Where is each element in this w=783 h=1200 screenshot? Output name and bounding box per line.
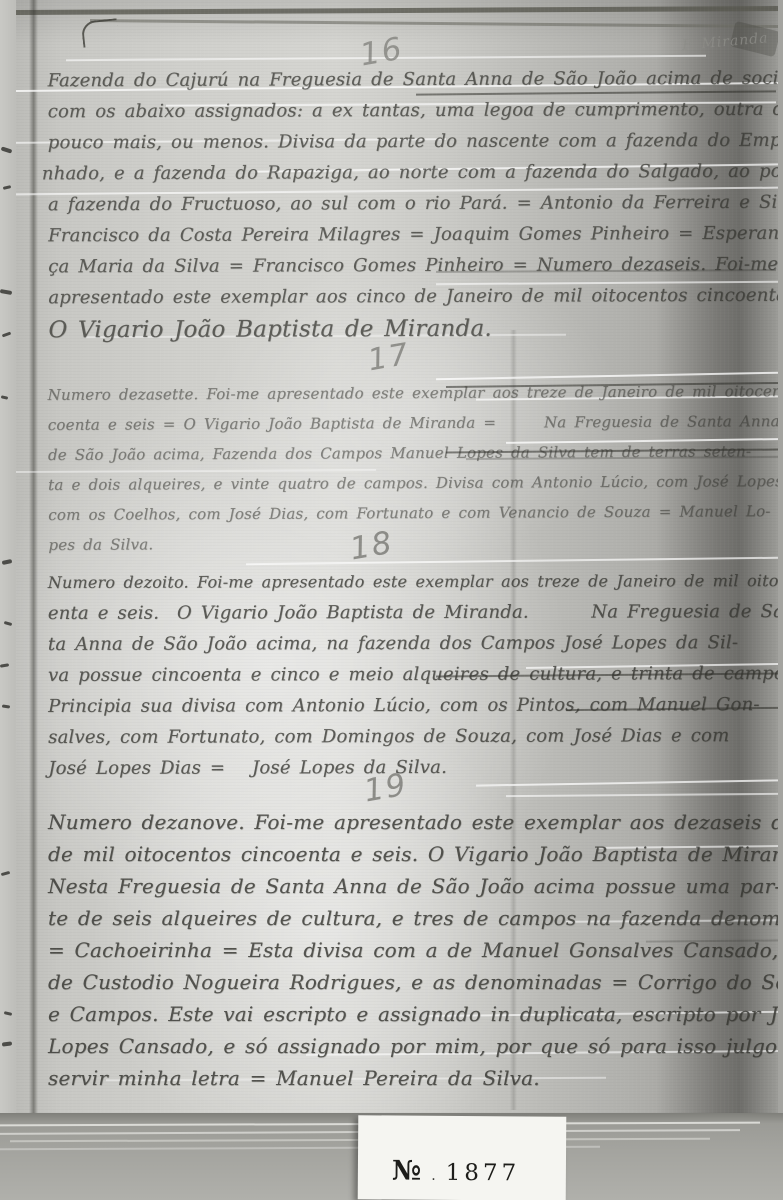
ink-bleed-mark	[0, 663, 9, 668]
ink-bleed-mark	[2, 332, 11, 338]
entry-17: Numero dezasette. Foi-me apresentado est…	[48, 376, 778, 560]
manuscript-line: servir minha letra = Manuel Pereira da S…	[48, 1062, 778, 1094]
manuscript-line: com os Coelhos, com José Dias, com Fortu…	[48, 496, 778, 530]
archive-number-text: № . 1877	[392, 1156, 521, 1188]
ink-bleed-mark	[4, 1011, 12, 1016]
manuscript-line: de Custodio Nogueira Rodrigues, e as den…	[48, 966, 778, 998]
manuscript-line: Principia sua divisa com Antonio Lúcio, …	[48, 689, 778, 722]
binding-crease	[29, 0, 38, 1113]
ink-bleed-mark	[2, 704, 10, 708]
entry-19: Numero dezanove. Foi-me apresentado este…	[48, 806, 778, 1094]
numero-separator: .	[431, 1168, 436, 1184]
entry-16: Fazenda do Cajurú na Freguesia de Santa …	[48, 63, 778, 348]
manuscript-line: apresentado este exemplar aos cinco de J…	[48, 280, 778, 314]
manuscript-line: va possue cincoenta e cinco e meio alque…	[48, 658, 778, 691]
entry-number-pencil: 17	[365, 337, 413, 379]
manuscript-line: enta e seis. O Vigario João Baptista de …	[48, 596, 778, 629]
manuscript-line: salves, com Fortunato, com Domingos de S…	[48, 720, 778, 753]
manuscript-line: com os abaixo assignados: a ex tantas, u…	[48, 94, 778, 128]
manuscript-line: Nesta Freguesia de Santa Anna de São Joã…	[48, 870, 778, 902]
manuscript-line: Lopes Cansado, e só assignado por mim, p…	[48, 1030, 778, 1062]
vicar-signature-line: O Vigario João Baptista de Miranda.	[48, 311, 778, 348]
ink-bleed-mark	[4, 621, 13, 626]
manuscript-line: Numero dezasette. Foi-me apresentado est…	[48, 376, 778, 410]
ink-bleed-mark	[1, 395, 8, 399]
ink-bleed-mark	[2, 1041, 12, 1046]
pen-flourish-mark	[81, 18, 120, 48]
ink-bleed-mark	[3, 185, 11, 190]
manuscript-line: a fazenda do Fructuoso, ao sul com o rio…	[48, 187, 778, 221]
manuscript-line: e Campos. Este vai escripto e assignado …	[48, 998, 778, 1030]
manuscript-line: José Lopes Dias = José Lopes da Silva.	[48, 751, 778, 784]
manuscript-line: nhado, e a fazenda do Rapaziga, ao norte…	[42, 156, 778, 190]
entry-number-pencil: 18	[347, 525, 396, 568]
manuscript-page: 16 F. Miranda Fazenda do Cajurú na Fregu…	[16, 0, 778, 1113]
manuscript-line: Fazenda do Cajurú na Freguesia de Santa …	[48, 63, 778, 97]
manuscript-line: pouco mais, ou menos. Divisa da parte do…	[48, 125, 778, 159]
entry-number-pencil: 19	[361, 767, 410, 810]
ink-bleed-mark	[2, 559, 13, 565]
manuscript-line: ta Anna de São João acima, na fazenda do…	[48, 627, 778, 660]
ink-bleed-mark	[0, 289, 12, 295]
manuscript-line: pes da Silva.	[48, 526, 778, 560]
archive-number-label: № . 1877	[358, 1115, 567, 1200]
entry-18: Numero dezoito. Foi-me apresentado este …	[48, 565, 778, 784]
manuscript-line: ta e dois alqueires, e vinte quatro de c…	[48, 466, 778, 500]
manuscript-line: ça Maria da Silva = Francisco Gomes Pinh…	[48, 249, 778, 283]
manuscript-line: te de seis alqueires de cultura, e tres …	[48, 902, 778, 934]
manuscript-line: coenta e seis = O Vigario João Baptista …	[48, 406, 778, 440]
scanned-manuscript-page: 16 F. Miranda Fazenda do Cajurú na Fregu…	[0, 0, 783, 1200]
manuscript-line: = Cachoeirinha = Esta divisa com a de Ma…	[48, 934, 778, 966]
ink-bleed-mark	[1, 146, 13, 153]
manuscript-line: Numero dezanove. Foi-me apresentado este…	[48, 806, 778, 838]
ink-bleed-mark	[1, 871, 10, 876]
adjacent-page-edge	[0, 0, 16, 1113]
manuscript-line: Francisco da Costa Pereira Milagres = Jo…	[48, 218, 778, 252]
numero-sign: №	[392, 1156, 422, 1187]
manuscript-line: Numero dezoito. Foi-me apresentado este …	[48, 565, 778, 598]
page-fold-line	[90, 19, 778, 28]
manuscript-line: de mil oitocentos cincoenta e seis. O Vi…	[48, 838, 778, 870]
manuscript-line: de São João acima, Fazenda dos Campos Ma…	[48, 436, 778, 470]
archive-number: 1877	[446, 1160, 521, 1187]
page-fold-line	[16, 6, 778, 15]
scratch-line	[506, 793, 778, 797]
scan-backdrop: № . 1877	[0, 1113, 783, 1200]
